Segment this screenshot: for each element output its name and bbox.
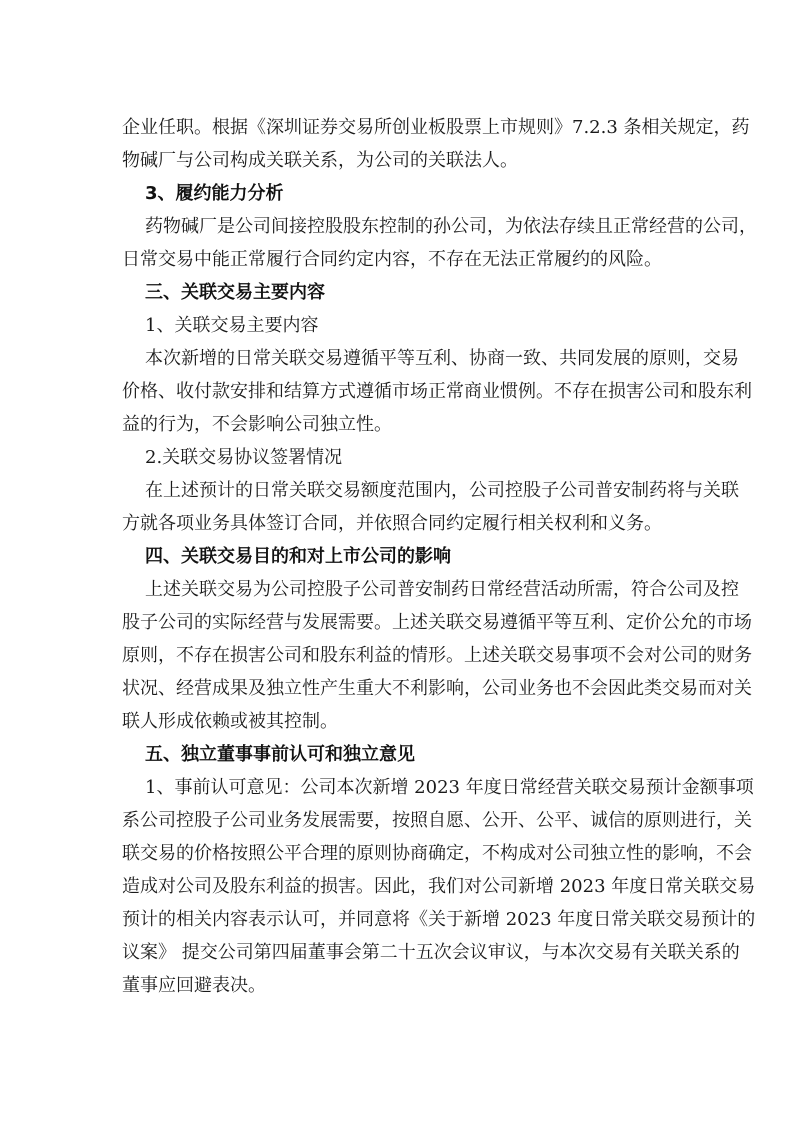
text-line: 企业任职。根据《深圳证券交易所创业板股票上市规则》7.2.3 条相关规定，药 (122, 111, 674, 144)
text-line: 预计的相关内容表示认可，并同意将《关于新增 2023 年度日常关联交易预计的 (122, 903, 674, 936)
text-line: 联人形成依赖或被其控制。 (122, 705, 674, 738)
text-line: 联交易的价格按照公平合理的原则协商确定，不构成对公司独立性的影响，不会 (122, 837, 674, 870)
section-heading-independent-directors: 五、独立董事事前认可和独立意见 (122, 738, 674, 771)
paragraph-related-party-basis: 企业任职。根据《深圳证券交易所创业板股票上市规则》7.2.3 条相关规定，药 物… (122, 111, 674, 177)
text-line: 药物碱厂是公司间接控股股东控制的孙公司，为依法存续且正常经营的公司， (122, 210, 674, 243)
section-heading-performance-capability: 3、履约能力分析 (122, 177, 674, 210)
text-line: 方就各项业务具体签订合同，并依照合同约定履行相关权利和义务。 (122, 507, 674, 540)
text-line: 本次新增的日常关联交易遵循平等互利、协商一致、共同发展的原则，交易 (122, 342, 674, 375)
text-line: 物碱厂与公司构成关联关系，为公司的关联法人。 (122, 144, 674, 177)
text-line: 上述关联交易为公司控股子公司普安制药日常经营活动所需，符合公司及控 (122, 573, 674, 606)
subheading-main-content: 1、关联交易主要内容 (122, 309, 674, 342)
document-page: 企业任职。根据《深圳证券交易所创业板股票上市规则》7.2.3 条相关规定，药 物… (122, 111, 674, 1002)
text-line: 董事应回避表决。 (122, 969, 674, 1002)
text-line: 在上述预计的日常关联交易额度范围内，公司控股子公司普安制药将与关联 (122, 474, 674, 507)
text-line: 系公司控股子公司业务发展需要，按照自愿、公开、公平、诚信的原则进行，关 (122, 804, 674, 837)
paragraph-purpose-impact: 上述关联交易为公司控股子公司普安制药日常经营活动所需，符合公司及控 股子公司的实… (122, 573, 674, 738)
text-line: 1、事前认可意见：公司本次新增 2023 年度日常经营关联交易预计金额事项 (122, 771, 674, 804)
text-line: 价格、收付款安排和结算方式遵循市场正常商业惯例。不存在损害公司和股东利 (122, 375, 674, 408)
text-line: 议案》 提交公司第四届董事会第二十五次会议审议，与本次交易有关联关系的 (122, 936, 674, 969)
text-line: 日常交易中能正常履行合同约定内容，不存在无法正常履约的风险。 (122, 243, 674, 276)
paragraph-main-content: 本次新增的日常关联交易遵循平等互利、协商一致、共同发展的原则，交易 价格、收付款… (122, 342, 674, 441)
paragraph-agreement-signing: 在上述预计的日常关联交易额度范围内，公司控股子公司普安制药将与关联 方就各项业务… (122, 474, 674, 540)
section-heading-purpose-impact: 四、关联交易目的和对上市公司的影响 (122, 540, 674, 573)
paragraph-performance-capability: 药物碱厂是公司间接控股股东控制的孙公司，为依法存续且正常经营的公司， 日常交易中… (122, 210, 674, 276)
text-line: 造成对公司及股东利益的损害。因此，我们对公司新增 2023 年度日常关联交易 (122, 870, 674, 903)
text-line: 股子公司的实际经营与发展需要。上述关联交易遵循平等互利、定价公允的市场 (122, 606, 674, 639)
text-line: 原则，不存在损害公司和股东利益的情形。上述关联交易事项不会对公司的财务 (122, 639, 674, 672)
paragraph-prior-approval-opinion: 1、事前认可意见：公司本次新增 2023 年度日常经营关联交易预计金额事项 系公… (122, 771, 674, 1002)
text-line: 状况、经营成果及独立性产生重大不利影响，公司业务也不会因此类交易而对关 (122, 672, 674, 705)
text-line: 益的行为，不会影响公司独立性。 (122, 408, 674, 441)
subheading-agreement-signing: 2.关联交易协议签署情况 (122, 441, 674, 474)
section-heading-main-content: 三、关联交易主要内容 (122, 276, 674, 309)
